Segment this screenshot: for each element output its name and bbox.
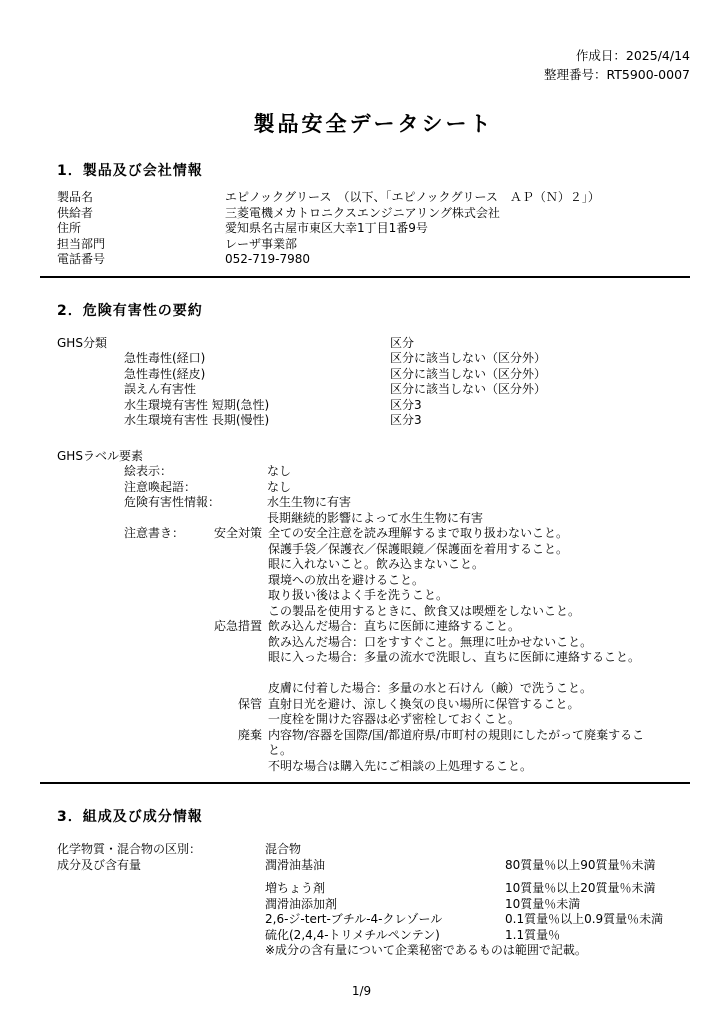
hazard-statement: 水生生物に有害 bbox=[267, 495, 483, 511]
hazard-category: 区分3 bbox=[390, 413, 422, 429]
section2-heading: 2．危険有害性の要約 bbox=[57, 300, 690, 320]
info-value: エピノックグリース （以下、「エピノックグリース ＡＰ（Ｎ）２」） bbox=[225, 190, 600, 206]
precaution-statement: 眼に入れないこと。飲み込まないこと。 bbox=[268, 557, 580, 573]
doc-number: 整理番号：RT5900-0007 bbox=[57, 65, 690, 84]
hazard-class: 水生環境有害性 短期(急性) bbox=[124, 398, 390, 414]
component-name: 潤滑油基油 bbox=[265, 858, 505, 874]
precaution-statement: 環境への放出を避けること。 bbox=[268, 573, 580, 589]
precaution-statement: 全ての安全注意を読み理解するまで取り扱わないこと。 bbox=[268, 526, 580, 542]
section3-heading: 3．組成及び成分情報 bbox=[57, 806, 690, 826]
document-meta: 作成日：2025/4/14 整理番号：RT5900-0007 bbox=[57, 0, 690, 84]
info-row: 電話番号 052-719-7980 bbox=[57, 252, 690, 268]
precaution-statement: と。 bbox=[268, 743, 644, 759]
info-row: 住所 愛知県名古屋市東区大幸1丁目1番9号 bbox=[57, 221, 690, 237]
mixture-value: 混合物 bbox=[265, 842, 301, 858]
info-row: 担当部門 レーザ事業部 bbox=[57, 237, 690, 253]
component-row: 潤滑油添加剤 10質量％未満 bbox=[265, 897, 690, 913]
component-name: 2,6-ジ-tert-ブチル-4-クレゾール bbox=[265, 912, 505, 928]
precaution-group-disposal: 廃棄 内容物/容器を国際/国/都道府県/市町村の規則にしたがって廃棄するこ と。… bbox=[214, 728, 644, 775]
info-label: 担当部門 bbox=[57, 237, 225, 253]
section3-body: 化学物質・混合物の区別： 混合物 成分及び含有量 潤滑油基油 80質量％以上90… bbox=[57, 842, 690, 959]
info-value: 三菱電機メカトロニクスエンジニアリング株式会社 bbox=[225, 206, 500, 222]
pictogram-value: なし bbox=[267, 464, 291, 480]
precaution-groups: 安全対策 全ての安全注意を読み理解するまで取り扱わないこと。 保護手袋／保護衣／… bbox=[214, 526, 644, 774]
precaution-category: 廃棄 bbox=[214, 728, 262, 744]
info-value: 052-719-7980 bbox=[225, 252, 310, 268]
info-label: 住所 bbox=[57, 221, 225, 237]
hazard-category: 区分に該当しない（区分外） bbox=[390, 351, 546, 367]
signal-word-value: なし bbox=[267, 480, 291, 496]
precaution-row: 注意書き： 安全対策 全ての安全注意を読み理解するまで取り扱わないこと。 保護手… bbox=[124, 526, 690, 774]
sds-page: 作成日：2025/4/14 整理番号：RT5900-0007 製品安全データシー… bbox=[0, 0, 723, 1024]
precaution-statement: 飲み込んだ場合：直ちに医師に連絡すること。 bbox=[268, 619, 640, 635]
precaution-statement: 飲み込んだ場合：口をすすぐこと。無理に吐かせないこと。 bbox=[268, 635, 640, 651]
precaution-statement bbox=[268, 666, 640, 682]
hazard-category: 区分に該当しない（区分外） bbox=[390, 382, 546, 398]
hazard-statement: 長期継続的影響によって水生生物に有害 bbox=[267, 511, 483, 527]
ghs-label-heading-row: GHSラベル要素 bbox=[57, 449, 690, 465]
spacer bbox=[57, 873, 690, 881]
precaution-statement: 内容物/容器を国際/国/都道府県/市町村の規則にしたがって廃棄するこ bbox=[268, 728, 644, 744]
mixture-label: 化学物質・混合物の区別： bbox=[57, 842, 265, 858]
ghs-class-header: 区分 bbox=[390, 336, 414, 352]
component-amount: 0.1質量％以上0.9質量％未満 bbox=[505, 912, 663, 928]
info-row: 供給者 三菱電機メカトロニクスエンジニアリング株式会社 bbox=[57, 206, 690, 222]
precaution-statement: 取り扱い後はよく手を洗うこと。 bbox=[268, 588, 580, 604]
pictogram-label: 絵表示： bbox=[124, 464, 267, 480]
component-row: 硫化(2,4,4-トリメチルペンテン) 1.1質量％ bbox=[265, 928, 690, 944]
component-row: 増ちょう剤 10質量％以上20質量％未満 bbox=[265, 881, 690, 897]
hazard-class: 急性毒性(経口) bbox=[124, 351, 390, 367]
signal-word-label: 注意喚起語： bbox=[124, 480, 267, 496]
component-name: 潤滑油添加剤 bbox=[265, 897, 505, 913]
precaution-statement: 皮膚に付着した場合：多量の水と石けん（鹸）で洗うこと。 bbox=[268, 681, 640, 697]
created-date: 作成日：2025/4/14 bbox=[57, 46, 690, 65]
component-amount: 10質量％以上20質量％未満 bbox=[505, 881, 656, 897]
precaution-statement: 直射日光を避け、涼しく換気の良い場所に保管すること。 bbox=[268, 697, 580, 713]
hazard-category: 区分に該当しない（区分外） bbox=[390, 367, 546, 383]
precaution-group-storage: 保管 直射日光を避け、涼しく換気の良い場所に保管すること。 一度栓を開けた容器は… bbox=[214, 697, 644, 728]
precaution-statement: 一度栓を開けた容器は必ず密栓しておくこと。 bbox=[268, 712, 580, 728]
hazard-statement-label: 危険有害性情報： bbox=[124, 495, 267, 511]
hazard-category: 区分3 bbox=[390, 398, 422, 414]
ghs-class-row: 水生環境有害性 長期(慢性) 区分3 bbox=[124, 413, 690, 429]
hazard-class: 急性毒性(経皮) bbox=[124, 367, 390, 383]
info-value: 愛知県名古屋市東区大幸1丁目1番9号 bbox=[225, 221, 428, 237]
page-number: 1/9 bbox=[0, 984, 723, 998]
info-value: レーザ事業部 bbox=[225, 237, 297, 253]
ghs-label-elements: GHSラベル要素 絵表示： なし 注意喚起語： なし 危険有害性情報： 水生生物… bbox=[57, 449, 690, 775]
hazard-class: 水生環境有害性 長期(慢性) bbox=[124, 413, 390, 429]
signal-word-row: 注意喚起語： なし bbox=[124, 480, 690, 496]
component-amount: 80質量％以上90質量％未満 bbox=[505, 858, 656, 874]
precaution-label: 注意書き： bbox=[124, 526, 214, 542]
precaution-statement: 不明な場合は購入先にご相談の上処理すること。 bbox=[268, 759, 644, 775]
precaution-statement: 保護手袋／保護衣／保護眼鏡／保護面を着用すること。 bbox=[268, 542, 580, 558]
composition-note-row: ※成分の含有量について企業秘密であるものは範囲で記載。 bbox=[265, 943, 690, 959]
component-name: 増ちょう剤 bbox=[265, 881, 505, 897]
info-label: 電話番号 bbox=[57, 252, 225, 268]
hazard-statement-lines: 水生生物に有害 長期継続的影響によって水生生物に有害 bbox=[267, 495, 483, 526]
hazard-statement-row: 危険有害性情報： 水生生物に有害 長期継続的影響によって水生生物に有害 bbox=[124, 495, 690, 526]
precaution-statement: 眼に入った場合：多量の流水で洗眼し、直ちに医師に連絡すること。 bbox=[268, 650, 640, 666]
ghs-class-row: 誤えん有害性 区分に該当しない（区分外） bbox=[124, 382, 690, 398]
section1-body: 製品名 エピノックグリース （以下、「エピノックグリース ＡＰ（Ｎ）２」） 供給… bbox=[57, 190, 690, 268]
section-divider bbox=[40, 782, 690, 784]
component-amount: 1.1質量％ bbox=[505, 928, 560, 944]
info-label: 供給者 bbox=[57, 206, 225, 222]
component-name: 硫化(2,4,4-トリメチルペンテン) bbox=[265, 928, 505, 944]
info-label: 製品名 bbox=[57, 190, 225, 206]
pictogram-row: 絵表示： なし bbox=[124, 464, 690, 480]
component-row: 成分及び含有量 潤滑油基油 80質量％以上90質量％未満 bbox=[57, 858, 690, 874]
ghs-class-row: 水生環境有害性 短期(急性) 区分3 bbox=[124, 398, 690, 414]
ghs-class-row: 急性毒性(経皮) 区分に該当しない（区分外） bbox=[124, 367, 690, 383]
precaution-group-prevention: 安全対策 全ての安全注意を読み理解するまで取り扱わないこと。 保護手袋／保護衣／… bbox=[214, 526, 644, 619]
ghs-label-heading: GHSラベル要素 bbox=[57, 449, 143, 465]
mixture-row: 化学物質・混合物の区別： 混合物 bbox=[57, 842, 690, 858]
ghs-class-row: 急性毒性(経口) 区分に該当しない（区分外） bbox=[124, 351, 690, 367]
precaution-category: 保管 bbox=[214, 697, 262, 713]
ghs-classification: GHS分類 区分 急性毒性(経口) 区分に該当しない（区分外） 急性毒性(経皮)… bbox=[57, 336, 690, 429]
precaution-group-firstaid: 応急措置 飲み込んだ場合：直ちに医師に連絡すること。 飲み込んだ場合：口をすすぐ… bbox=[214, 619, 644, 697]
component-row: 2,6-ジ-tert-ブチル-4-クレゾール 0.1質量％以上0.9質量％未満 bbox=[265, 912, 690, 928]
composition-note: ※成分の含有量について企業秘密であるものは範囲で記載。 bbox=[265, 943, 587, 959]
hazard-class: 誤えん有害性 bbox=[124, 382, 390, 398]
component-amount: 10質量％未満 bbox=[505, 897, 580, 913]
ghs-class-header-row: GHS分類 区分 bbox=[57, 336, 690, 352]
composition-label: 成分及び含有量 bbox=[57, 858, 265, 874]
ghs-class-label: GHS分類 bbox=[57, 336, 390, 352]
section1-heading: 1．製品及び会社情報 bbox=[57, 160, 690, 180]
precaution-statement: この製品を使用するときに、飲食又は喫煙をしないこと。 bbox=[268, 604, 580, 620]
info-row: 製品名 エピノックグリース （以下、「エピノックグリース ＡＰ（Ｎ）２」） bbox=[57, 190, 690, 206]
precaution-category: 応急措置 bbox=[214, 619, 262, 635]
precaution-category: 安全対策 bbox=[214, 526, 262, 542]
section-divider bbox=[40, 276, 690, 278]
document-title: 製品安全データシート bbox=[57, 108, 690, 138]
